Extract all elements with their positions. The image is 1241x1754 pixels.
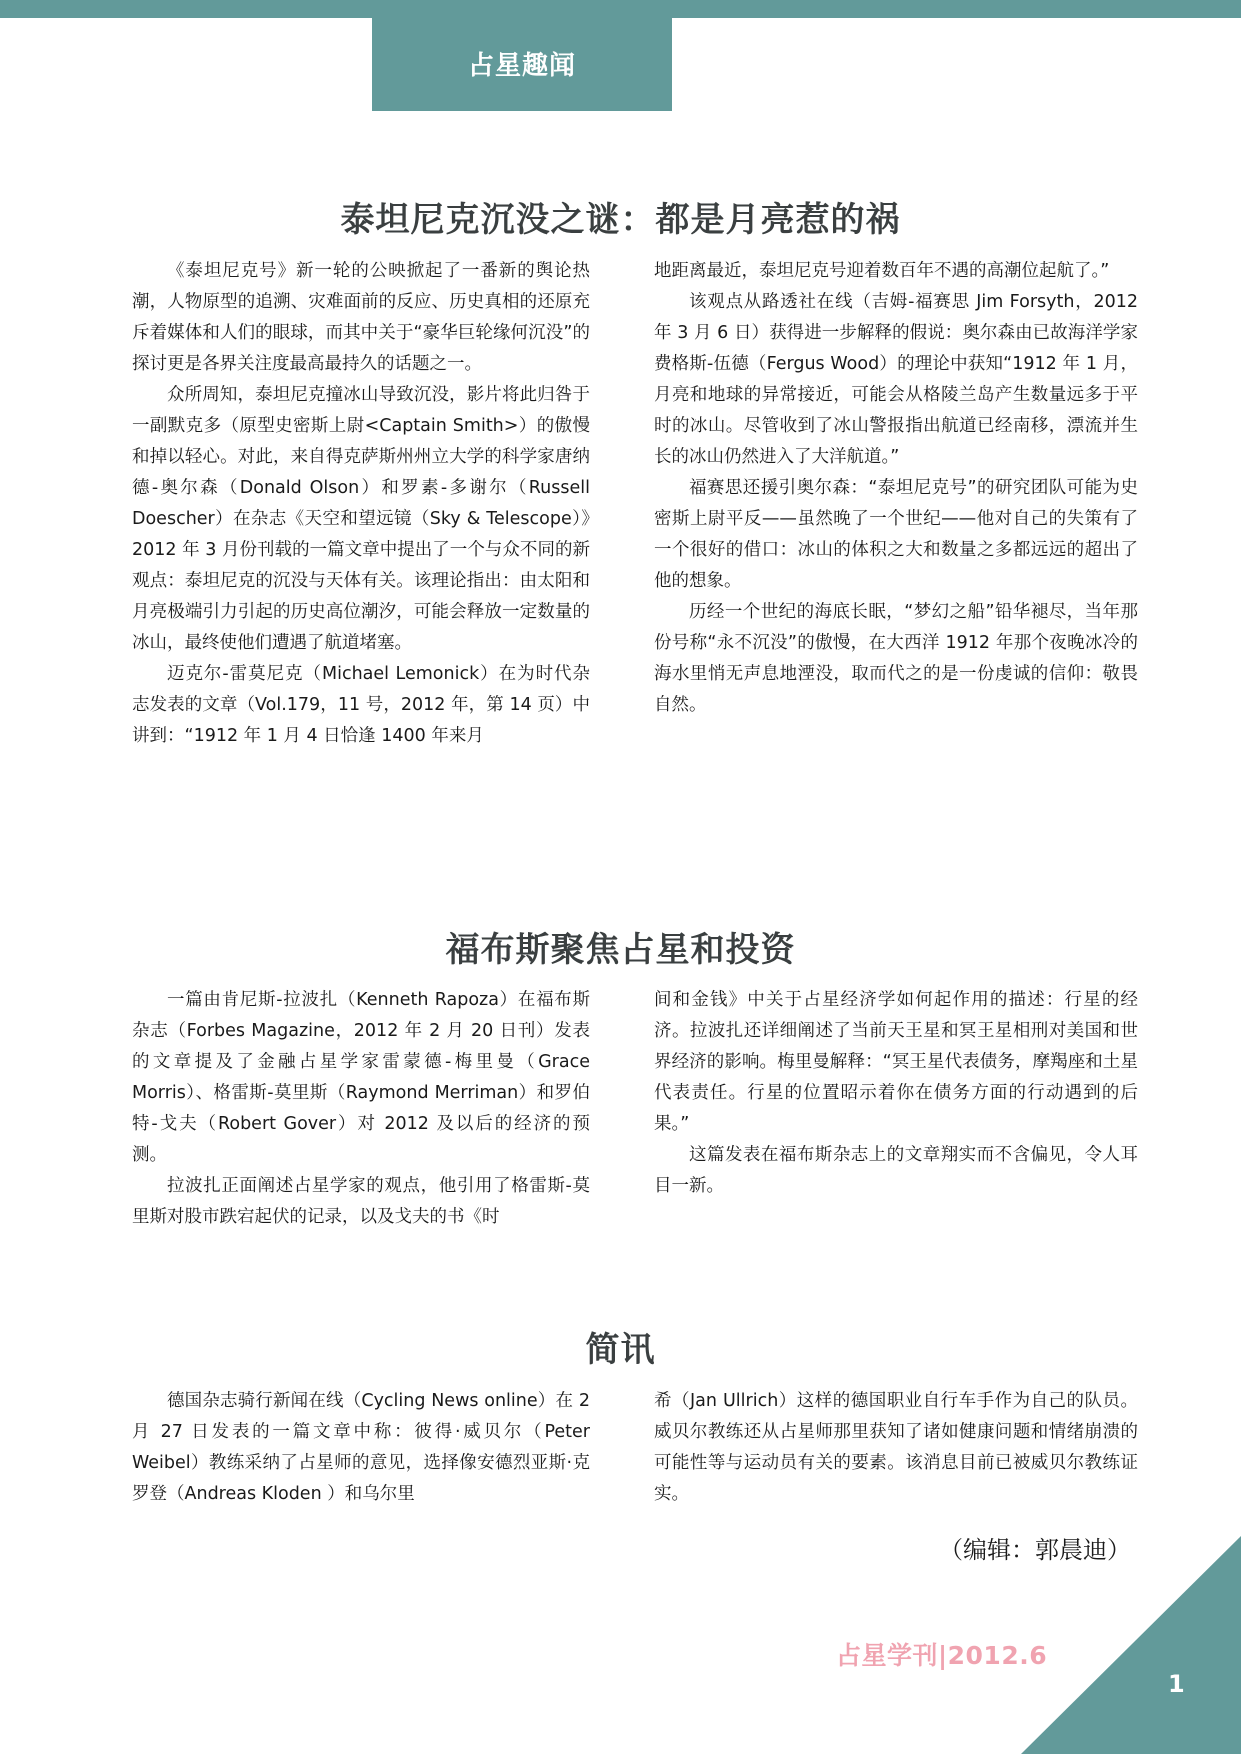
article-briefs-left-column: 德国杂志骑行新闻在线（Cycling News online）在 2 月 27 …: [132, 1386, 590, 1510]
paragraph-continuation: 希（Jan Ullrich）这样的德国职业自行车手作为自己的队员。威贝尔教练还从…: [654, 1386, 1138, 1510]
paragraph: 这篇发表在福布斯杂志上的文章翔实而不含偏见，令人耳目一新。: [654, 1140, 1138, 1202]
paragraph: 历经一个世纪的海底长眠，“梦幻之船”铅华褪尽，当年那份号称“永不沉没”的傲慢，在…: [654, 597, 1138, 721]
magazine-brand: 占星学刊|2012.6: [836, 1636, 1047, 1672]
paragraph: 拉波扎正面阐述占星学家的观点，他引用了格雷斯-莫里斯对股市跌宕起伏的记录，以及戈…: [132, 1171, 590, 1233]
article-forbes-left-column: 一篇由肯尼斯-拉波扎（Kenneth Rapoza）在福布斯杂志（Forbes …: [132, 985, 590, 1233]
article-title-titanic: 泰坦尼克沉没之谜：都是月亮惹的祸: [0, 192, 1241, 241]
article-titanic-right-column: 地距离最近，泰坦尼克号迎着数百年不遇的高潮位起航了。” 该观点从路透社在线（吉姆…: [654, 256, 1138, 721]
paragraph-continuation: 地距离最近，泰坦尼克号迎着数百年不遇的高潮位起航了。”: [654, 256, 1138, 287]
article-titanic-left-column: 《泰坦尼克号》新一轮的公映掀起了一番新的舆论热潮，人物原型的追溯、灾难面前的反应…: [132, 256, 590, 752]
paragraph: 迈克尔-雷莫尼克（Michael Lemonick）在为时代杂志发表的文章（Vo…: [132, 659, 590, 752]
paragraph-continuation: 间和金钱》中关于占星经济学如何起作用的描述：行星的经济。拉波扎还详细阐述了当前天…: [654, 985, 1138, 1140]
paragraph: 《泰坦尼克号》新一轮的公映掀起了一番新的舆论热潮，人物原型的追溯、灾难面前的反应…: [132, 256, 590, 380]
paragraph: 一篇由肯尼斯-拉波扎（Kenneth Rapoza）在福布斯杂志（Forbes …: [132, 985, 590, 1171]
section-tab: 占星趣闻: [372, 15, 672, 111]
section-label: 占星趣闻: [468, 45, 576, 82]
article-title-briefs: 简讯: [0, 1322, 1241, 1371]
article-title-forbes: 福布斯聚焦占星和投资: [0, 922, 1241, 971]
article-forbes-right-column: 间和金钱》中关于占星经济学如何起作用的描述：行星的经济。拉波扎还详细阐述了当前天…: [654, 985, 1138, 1202]
paragraph: 德国杂志骑行新闻在线（Cycling News online）在 2 月 27 …: [132, 1386, 590, 1510]
page-number: 1: [1168, 1670, 1185, 1698]
corner-triangle-decoration: [1021, 1536, 1241, 1754]
paragraph: 该观点从路透社在线（吉姆-福赛思 Jim Forsyth，2012 年 3 月 …: [654, 287, 1138, 473]
article-briefs-right-column: 希（Jan Ullrich）这样的德国职业自行车手作为自己的队员。威贝尔教练还从…: [654, 1386, 1138, 1510]
paragraph: 众所周知，泰坦尼克撞冰山导致沉没，影片将此归咎于一副默克多（原型史密斯上尉<Ca…: [132, 380, 590, 659]
paragraph: 福赛思还援引奥尔森：“泰坦尼克号”的研究团队可能为史密斯上尉平反——虽然晚了一个…: [654, 473, 1138, 597]
